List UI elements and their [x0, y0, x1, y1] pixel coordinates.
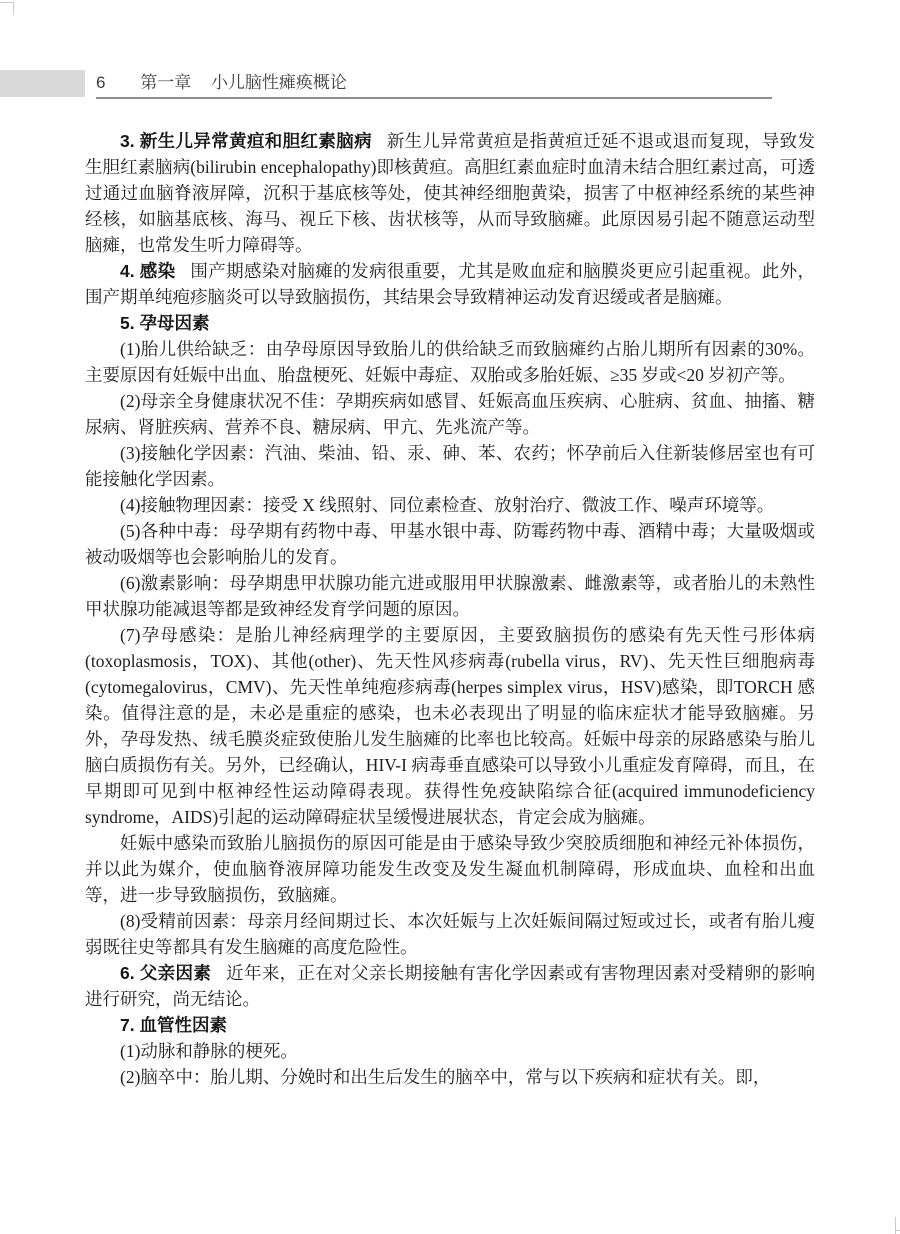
paragraph: (8)受精前因素：母亲月经间期过长、本次妊娠与上次妊娠间隔过短或过长，或者有胎儿…: [85, 908, 815, 960]
paragraph: 5. 孕母因素: [85, 310, 815, 336]
paragraph: (4)接触物理因素：接受 X 线照射、同位素检查、放射治疗、微波工作、噪声环境等…: [85, 492, 815, 518]
paragraph-text: (1)胎儿供给缺乏：由孕母原因导致胎儿的供给缺乏而致脑瘫约占胎儿期所有因素的30…: [85, 339, 815, 385]
paragraph: (5)各种中毒：母孕期有药物中毒、甲基水银中毒、防霉药物中毒、酒精中毒；大量吸烟…: [85, 518, 815, 570]
paragraph: (2)脑卒中：胎儿期、分娩时和出生后发生的脑卒中，常与以下疾病和症状有关。即，: [85, 1064, 815, 1090]
chapter-label: 第一章: [140, 70, 191, 96]
running-head: 6 第一章 小儿脑性瘫痪概论: [96, 70, 772, 96]
paragraph: 4. 感染围产期感染对脑瘫的发病很重要，尤其是败血症和脑膜炎更应引起重视。此外，…: [85, 258, 815, 310]
paragraph: (1)动脉和静脉的梗死。: [85, 1038, 815, 1064]
book-page: { "header": { "page_number": "6", "chapt…: [0, 0, 900, 1234]
inline-heading: 3. 新生儿异常黄疸和胆红素脑病: [120, 131, 372, 151]
paragraph-text: (3)接触化学因素：汽油、柴油、铅、汞、砷、苯、农药；怀孕前后入住新装修居室也有…: [85, 443, 815, 489]
crop-mark-bottom-right: [895, 1230, 900, 1231]
page-body: 3. 新生儿异常黄疸和胆红素脑病新生儿异常黄疸是指黄疸迁延不退或退而复现，导致发…: [85, 128, 815, 1090]
paragraph: 6. 父亲因素近年来，正在对父亲长期接触有害化学因素或有害物理因素对受精卵的影响…: [85, 960, 815, 1012]
paragraph-text: (4)接触物理因素：接受 X 线照射、同位素检查、放射治疗、微波工作、噪声环境等…: [120, 495, 774, 515]
paragraph-text: (8)受精前因素：母亲月经间期过长、本次妊娠与上次妊娠间隔过短或过长，或者有胎儿…: [85, 911, 815, 957]
paragraph-text: (2)母亲全身健康状况不佳：孕期疾病如感冒、妊娠高血压疾病、心脏病、贫血、抽搐、…: [85, 391, 815, 437]
paragraph: (6)激素影响：母孕期患甲状腺功能亢进或服用甲状腺激素、雌激素等，或者胎儿的未熟…: [85, 570, 815, 622]
paragraph: (3)接触化学因素：汽油、柴油、铅、汞、砷、苯、农药；怀孕前后入住新装修居室也有…: [85, 440, 815, 492]
paragraph: (1)胎儿供给缺乏：由孕母原因导致胎儿的供给缺乏而致脑瘫约占胎儿期所有因素的30…: [85, 336, 815, 388]
chapter-title: 小儿脑性瘫痪概论: [211, 73, 347, 92]
paragraph: 7. 血管性因素: [85, 1012, 815, 1038]
inline-heading: 6. 父亲因素: [120, 963, 211, 983]
header-band: [0, 70, 85, 97]
paragraph: (2)母亲全身健康状况不佳：孕期疾病如感冒、妊娠高血压疾病、心脏病、贫血、抽搐、…: [85, 388, 815, 440]
crop-mark-top-left-vertical: [13, 2, 14, 15]
paragraph-text: (5)各种中毒：母孕期有药物中毒、甲基水银中毒、防霉药物中毒、酒精中毒；大量吸烟…: [85, 521, 815, 567]
paragraph: 3. 新生儿异常黄疸和胆红素脑病新生儿异常黄疸是指黄疸迁延不退或退而复现，导致发…: [85, 128, 815, 258]
crop-mark-top-left: [0, 2, 14, 3]
paragraph-text: (6)激素影响：母孕期患甲状腺功能亢进或服用甲状腺激素、雌激素等，或者胎儿的未熟…: [85, 573, 815, 619]
paragraph-text: (2)脑卒中：胎儿期、分娩时和出生后发生的脑卒中，常与以下疾病和症状有关。即，: [120, 1067, 770, 1087]
paragraph-text: (7)孕母感染：是胎儿神经病理学的主要原因，主要致脑损伤的感染有先天性弓形体病(…: [85, 625, 815, 827]
inline-heading: 7. 血管性因素: [120, 1015, 227, 1035]
crop-mark-bottom-right-vertical: [895, 1217, 896, 1234]
paragraph: 妊娠中感染而致胎儿脑损伤的原因可能是由于感染导致少突胶质细胞和神经元补体损伤，并…: [85, 830, 815, 908]
inline-heading: 5. 孕母因素: [120, 313, 209, 333]
paragraph-text: 围产期感染对脑瘫的发病很重要，尤其是败血症和脑膜炎更应引起重视。此外，围产期单纯…: [85, 261, 815, 307]
page-number: 6: [96, 70, 105, 96]
paragraph-text: 妊娠中感染而致胎儿脑损伤的原因可能是由于感染导致少突胶质细胞和神经元补体损伤，并…: [85, 833, 815, 905]
paragraph: (7)孕母感染：是胎儿神经病理学的主要原因，主要致脑损伤的感染有先天性弓形体病(…: [85, 622, 815, 830]
header-rule: [96, 97, 772, 99]
paragraph-text: (1)动脉和静脉的梗死。: [120, 1041, 298, 1061]
inline-heading: 4. 感染: [120, 261, 176, 281]
